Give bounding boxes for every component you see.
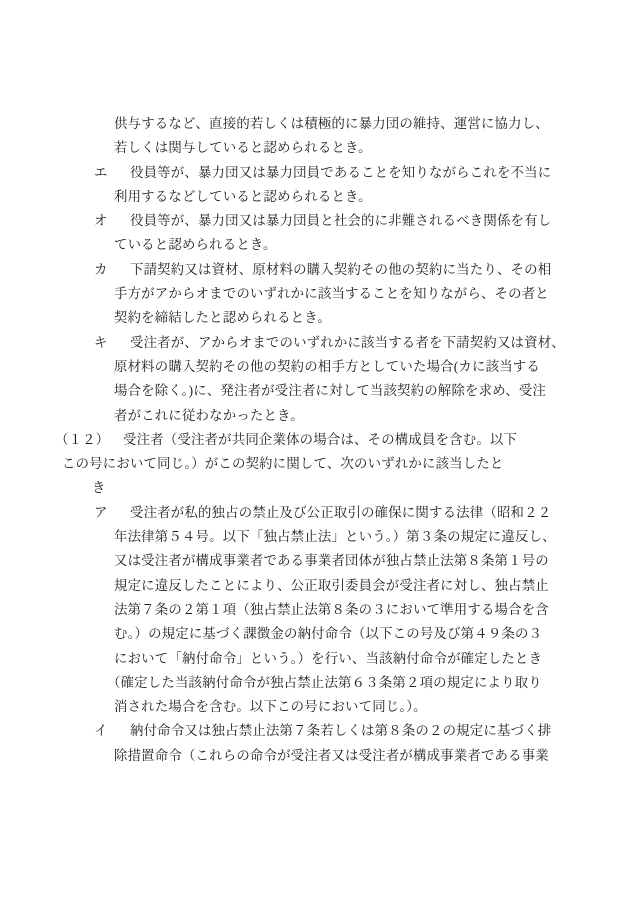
line-text: 役員等が、暴力団又は暴力団員であることを知りながらこれを不当に xyxy=(130,165,551,180)
line-text: 除措置命令（これらの命令が受注者又は受注者が構成事業者である事業 xyxy=(114,748,549,763)
line-text: 者がこれに従わなかったとき。 xyxy=(114,408,304,423)
line-text: 又は受注者が構成事業者である事業者団体が独占禁止法第８条第１号の xyxy=(114,553,549,568)
text-line: 又は受注者が構成事業者である事業者団体が独占禁止法第８条第１号の xyxy=(0,549,630,573)
line-text: 若しくは関与していると認められるとき。 xyxy=(114,140,372,155)
list-item-line: キ受注者が、アからオまでのいずれかに該当する者を下請契約又は資材、 xyxy=(0,331,630,355)
list-item-line: イ納付命令又は独占禁止法第７条若しくは第８条の２の規定に基づく排 xyxy=(0,719,630,743)
text-line: 法第７条の２第１項（独占禁止法第８条の３において準用する場合を含 xyxy=(0,598,630,622)
text-line: 除措置命令（これらの命令が受注者又は受注者が構成事業者である事業 xyxy=(0,744,630,768)
line-text: 法第７条の２第１項（独占禁止法第８条の３において準用する場合を含 xyxy=(114,602,549,617)
line-text: 供与するなど、直接的若しくは積極的に暴力団の維持、運営に協力し、 xyxy=(114,116,549,131)
line-text: き xyxy=(92,480,106,495)
clause-12-line: （１２）受注者（受注者が共同企業体の場合は、その構成員を含む。以下 xyxy=(0,428,630,452)
text-line: 消された場合を含む。以下この号において同じ。）。 xyxy=(0,695,630,719)
document-page: 供与するなど、直接的若しくは積極的に暴力団の維持、運営に協力し、 若しくは関与し… xyxy=(0,0,630,903)
line-text: 下請契約又は資材、原材料の購入契約その他の契約に当たり、その相 xyxy=(130,262,551,277)
item-marker: イ xyxy=(94,719,130,743)
text-line: 年法律第５４号。以下「独占禁止法」という。）第３条の規定に違反し、 xyxy=(0,525,630,549)
list-item-line: オ役員等が、暴力団又は暴力団員と社会的に非難されるべき関係を有し xyxy=(0,209,630,233)
item-marker: カ xyxy=(94,258,130,282)
item-marker: ア xyxy=(94,501,130,525)
text-line: 規定に違反したことにより、公正取引委員会が受注者に対し、独占禁止 xyxy=(0,574,630,598)
text-line: この号において同じ。）がこの契約に関して、次のいずれかに該当したと xyxy=(0,452,630,476)
line-text: 場合を除く。)に、発注者が受注者に対して当該契約の解除を求め、受注 xyxy=(114,383,546,398)
line-text: ていると認められるとき。 xyxy=(114,237,277,252)
text-line: 供与するなど、直接的若しくは積極的に暴力団の維持、運営に協力し、 xyxy=(0,112,630,136)
line-text: 受注者（受注者が共同企業体の場合は、その構成員を含む。以下 xyxy=(123,432,517,447)
line-text: 受注者が、アからオまでのいずれかに該当する者を下請契約又は資材、 xyxy=(130,335,565,350)
list-item-line: ア受注者が私的独占の禁止及び公正取引の確保に関する法律（昭和２２ xyxy=(0,501,630,525)
clause-number: （１２） xyxy=(55,428,123,452)
line-text: 利用するなどしていると認められるとき。 xyxy=(114,189,372,204)
item-marker: オ xyxy=(94,209,130,233)
text-line: において「納付命令」という。）を行い、当該納付命令が確定したとき xyxy=(0,647,630,671)
text-line: 手方がアからオまでのいずれかに該当することを知りながら、その者と xyxy=(0,282,630,306)
list-item-line: エ役員等が、暴力団又は暴力団員であることを知りながらこれを不当に xyxy=(0,161,630,185)
line-text: （確定した当該納付命令が独占禁止法第６３条第２項の規定により取り xyxy=(107,675,542,690)
line-text: む。）の規定に基づく課徴金の納付命令（以下この号及び第４９条の３ xyxy=(114,626,542,641)
line-text: 役員等が、暴力団又は暴力団員と社会的に非難されるべき関係を有し xyxy=(130,213,551,228)
line-text: この号において同じ。）がこの契約に関して、次のいずれかに該当したと xyxy=(62,456,504,471)
line-text: において「納付命令」という。）を行い、当該納付命令が確定したとき xyxy=(114,651,542,666)
line-text: 手方がアからオまでのいずれかに該当することを知りながら、その者と xyxy=(114,286,549,301)
line-text: 受注者が私的独占の禁止及び公正取引の確保に関する法律（昭和２２ xyxy=(130,505,551,520)
item-marker: エ xyxy=(94,161,130,185)
text-line: 契約を締結したと認められるとき。 xyxy=(0,306,630,330)
item-marker: キ xyxy=(94,331,130,355)
line-text: 規定に違反したことにより、公正取引委員会が受注者に対し、独占禁止 xyxy=(114,578,549,593)
list-item-line: カ下請契約又は資材、原材料の購入契約その他の契約に当たり、その相 xyxy=(0,258,630,282)
text-line: む。）の規定に基づく課徴金の納付命令（以下この号及び第４９条の３ xyxy=(0,622,630,646)
line-text: 年法律第５４号。以下「独占禁止法」という。）第３条の規定に違反し、 xyxy=(114,529,556,544)
text-line: 者がこれに従わなかったとき。 xyxy=(0,404,630,428)
text-line: き xyxy=(0,476,630,500)
text-line: 若しくは関与していると認められるとき。 xyxy=(0,136,630,160)
text-line: 場合を除く。)に、発注者が受注者に対して当該契約の解除を求め、受注 xyxy=(0,379,630,403)
text-line: ていると認められるとき。 xyxy=(0,233,630,257)
text-line: （確定した当該納付命令が独占禁止法第６３条第２項の規定により取り xyxy=(0,671,630,695)
line-text: 消された場合を含む。以下この号において同じ。）。 xyxy=(114,699,427,714)
text-line: 利用するなどしていると認められるとき。 xyxy=(0,185,630,209)
text-line: 原材料の購入契約その他の契約の相手方としていた場合(カに該当する xyxy=(0,355,630,379)
line-text: 原材料の購入契約その他の契約の相手方としていた場合(カに該当する xyxy=(114,359,540,374)
line-text: 契約を締結したと認められるとき。 xyxy=(114,310,331,325)
line-text: 納付命令又は独占禁止法第７条若しくは第８条の２の規定に基づく排 xyxy=(130,723,551,738)
